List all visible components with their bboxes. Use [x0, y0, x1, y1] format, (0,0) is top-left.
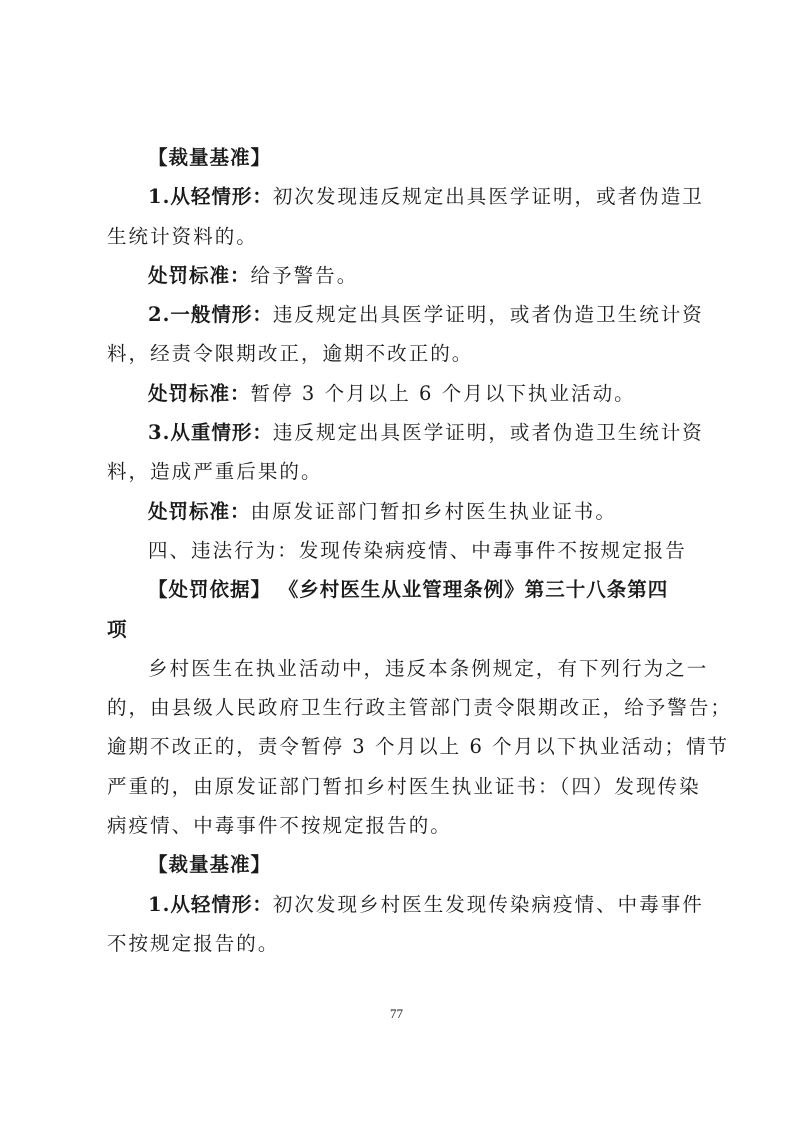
bold-label: 处罚标准：: [148, 264, 251, 287]
bold-label: 【裁量基准】: [148, 853, 271, 876]
text-line: 3.从重情形：违反规定出具医学证明，或者伪造卫生统计资: [107, 413, 691, 452]
bold-label: 项: [107, 618, 128, 641]
heading-discretion-standard: 【裁量基准】: [107, 845, 691, 884]
bold-label: 处罚标准：: [148, 500, 251, 523]
heading-penalty-basis: 【处罚依据】 《乡村医生从业管理条例》第三十八条第四: [107, 570, 691, 609]
line-text: 严重的，由原发证部门暂扣乡村医生执业证书：（四）发现传染: [107, 775, 701, 798]
line-text: 病疫情、中毒事件不按规定报告的。: [107, 814, 452, 837]
section-heading-violation: 四、违法行为：发现传染病疫情、中毒事件不按规定报告: [107, 531, 691, 570]
bold-label: 1.从轻情形：: [148, 893, 273, 916]
line-text: 不按规定报告的。: [107, 932, 279, 955]
text-line: 料，经责令限期改正，逾期不改正的。: [107, 334, 691, 373]
text-line: 1.从轻情形：初次发现乡村医生发现传染病疫情、中毒事件: [107, 885, 691, 924]
text-line: 的，由县级人民政府卫生行政主管部门责令限期改正，给予警告；: [107, 688, 691, 727]
line-text: 初次发现违反规定出具医学证明，或者伪造卫: [273, 185, 704, 208]
text-line: 料，造成严重后果的。: [107, 452, 691, 491]
line-text: 乡村医生在执业活动中，违反本条例规定，有下列行为之一: [148, 657, 708, 680]
page-number: 77: [0, 1006, 793, 1022]
heading-discretion-standard: 【裁量基准】: [107, 138, 691, 177]
text-line: 处罚标准：给予警告。: [107, 256, 691, 295]
line-text: 违反规定出具医学证明，或者伪造卫生统计资: [273, 303, 704, 326]
text-line: 项: [107, 610, 691, 649]
line-text: 料，造成严重后果的。: [107, 460, 323, 483]
text-line: 生统计资料的。: [107, 217, 691, 256]
bold-label: 2.一般情形：: [148, 303, 273, 326]
line-text: 由原发证部门暂扣乡村医生执业证书。: [251, 500, 617, 523]
document-body: 【裁量基准】 1.从轻情形：初次发现违反规定出具医学证明，或者伪造卫 生统计资料…: [107, 138, 691, 963]
line-text: 逾期不改正的，责令暂停 3 个月以上 6 个月以下执业活动；情节: [107, 735, 729, 758]
text-line: 乡村医生在执业活动中，违反本条例规定，有下列行为之一: [107, 649, 691, 688]
line-text: 暂停 3 个月以上 6 个月以下执业活动。: [251, 382, 636, 405]
line-text: 的，由县级人民政府卫生行政主管部门责令限期改正，给予警告；: [107, 696, 732, 719]
bold-label: 处罚标准：: [148, 382, 251, 405]
bold-label: 【裁量基准】: [148, 146, 271, 169]
text-line: 逾期不改正的，责令暂停 3 个月以上 6 个月以下执业活动；情节: [107, 727, 691, 766]
text-line: 处罚标准：暂停 3 个月以上 6 个月以下执业活动。: [107, 374, 691, 413]
line-text: 四、违法行为：发现传染病疫情、中毒事件不按规定报告: [148, 539, 687, 562]
line-text: 违反规定出具医学证明，或者伪造卫生统计资: [273, 421, 704, 444]
line-text: 初次发现乡村医生发现传染病疫情、中毒事件: [273, 893, 704, 916]
line-text: 给予警告。: [251, 264, 359, 287]
text-line: 2.一般情形：违反规定出具医学证明，或者伪造卫生统计资: [107, 295, 691, 334]
line-text: 料，经责令限期改正，逾期不改正的。: [107, 342, 473, 365]
bold-label: 3.从重情形：: [148, 421, 273, 444]
bold-label: 1.从轻情形：: [148, 185, 273, 208]
text-line: 处罚标准：由原发证部门暂扣乡村医生执业证书。: [107, 492, 691, 531]
text-line: 严重的，由原发证部门暂扣乡村医生执业证书：（四）发现传染: [107, 767, 691, 806]
text-line: 1.从轻情形：初次发现违反规定出具医学证明，或者伪造卫: [107, 177, 691, 216]
line-text: 生统计资料的。: [107, 225, 258, 248]
text-line: 病疫情、中毒事件不按规定报告的。: [107, 806, 691, 845]
text-line: 不按规定报告的。: [107, 924, 691, 963]
bold-label: 【处罚依据】 《乡村医生从业管理条例》第三十八条第四: [148, 578, 668, 601]
